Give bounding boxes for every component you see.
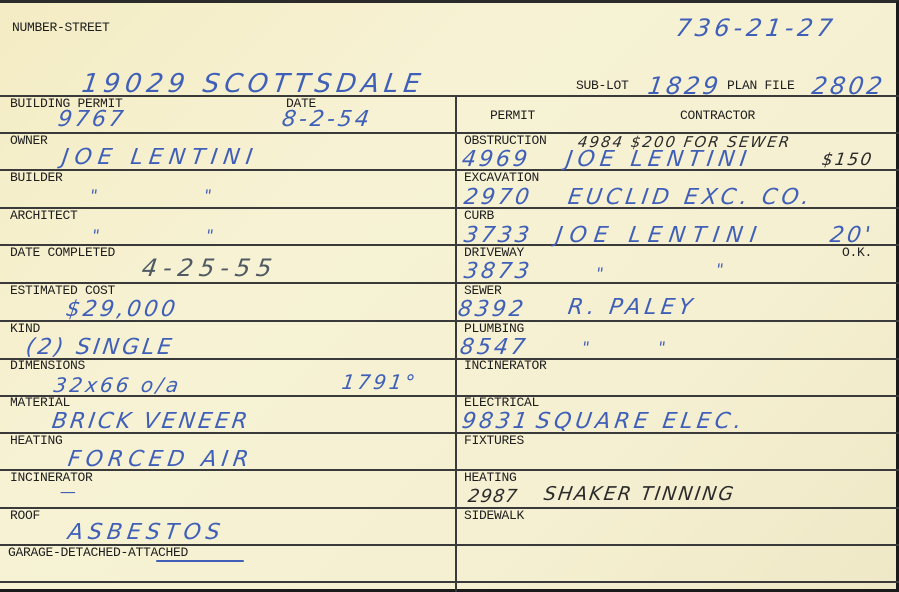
- obstruction-permit: 4969: [460, 149, 531, 171]
- driveway-label: DRIVEWAY: [464, 246, 524, 260]
- kind-label: KIND: [10, 322, 40, 336]
- plumbing-ditto-2: ": [656, 337, 669, 359]
- excavation-permit: 2970: [462, 187, 533, 209]
- electrical-permit: 9831: [460, 411, 531, 433]
- column-divider: [455, 95, 457, 589]
- builder-ditto-2: ": [202, 185, 215, 207]
- address-value: 19029 SCOTTSDALE: [80, 73, 426, 95]
- fixtures-label: FIXTURES: [464, 434, 524, 448]
- incinerator-value: —: [58, 481, 80, 503]
- date-completed-value: 4-25-55: [140, 257, 279, 279]
- date-value: 8-2-54: [280, 109, 373, 131]
- permit-card: NUMBER-STREET 736-21-27 19029 SCOTTSDALE…: [0, 0, 899, 589]
- plumbing-label: PLUMBING: [464, 322, 524, 336]
- permit-header: PERMIT: [490, 109, 535, 123]
- owner-value: JOE LENTINI: [60, 147, 259, 169]
- sewer-label: SEWER: [464, 284, 502, 298]
- curb-contractor: JOE LENTINI: [554, 225, 764, 247]
- builder-label: BUILDER: [10, 171, 63, 185]
- estimated-cost-label: ESTIMATED COST: [10, 284, 115, 298]
- sewer-permit: 8392: [456, 299, 527, 321]
- dimensions-area: 1791°: [340, 371, 419, 393]
- architect-label: ARCHITECT: [10, 209, 78, 223]
- rule-line: [0, 507, 899, 509]
- material-label: MATERIAL: [10, 396, 70, 410]
- owner-label: OWNER: [10, 134, 48, 148]
- dimensions-value: 32x66 o/a: [52, 374, 182, 396]
- excavation-contractor: EUCLID EXC. CO.: [566, 187, 814, 209]
- contractor-header: CONTRACTOR: [680, 109, 755, 123]
- garage-attached-underline: [156, 560, 244, 562]
- driveway-ditto-2: ": [714, 259, 727, 281]
- building-permit-value: 9767: [56, 109, 127, 131]
- material-value: BRICK VENEER: [50, 411, 251, 433]
- plumbing-permit: 8547: [458, 337, 529, 359]
- sidewalk-label: SIDEWALK: [464, 509, 524, 523]
- curb-permit: 3733: [462, 225, 533, 247]
- curb-amount: 20': [828, 225, 874, 247]
- driveway-status: O.K.: [842, 246, 872, 260]
- excavation-label: EXCAVATION: [464, 171, 539, 185]
- driveway-permit: 3873: [462, 261, 533, 283]
- incinerator-permit-label: INCINERATOR: [464, 359, 547, 373]
- heating-permit-label: HEATING: [464, 471, 517, 485]
- rule-line: [0, 244, 899, 246]
- obstruction-label: OBSTRUCTION: [464, 134, 547, 148]
- heating-permit: 2987: [466, 486, 519, 508]
- plan-file-label: PLAN FILE: [727, 79, 795, 93]
- roof-label: ROOF: [10, 509, 40, 523]
- estimated-cost-value: $29,000: [64, 299, 179, 321]
- heating-contractor: SHAKER TINNING: [542, 483, 736, 505]
- sub-lot-label: SUB-LOT: [576, 79, 629, 93]
- rule-line: [0, 282, 899, 284]
- file-number: 736-21-27: [674, 17, 837, 39]
- number-street-label: NUMBER-STREET: [12, 21, 110, 35]
- date-completed-label: DATE COMPLETED: [10, 246, 115, 260]
- heating-label: HEATING: [10, 434, 63, 448]
- plan-file-value: 2802: [810, 75, 886, 97]
- heating-value: FORCED AIR: [66, 449, 254, 471]
- plumbing-ditto-1: ": [580, 337, 593, 359]
- curb-label: CURB: [464, 209, 494, 223]
- obstruction-contractor: JOE LENTINI: [564, 149, 752, 171]
- roof-value: ASBESTOS: [66, 522, 226, 544]
- obstruction-amount: $150: [820, 149, 874, 171]
- electrical-contractor: SQUARE ELEC.: [534, 411, 746, 433]
- electrical-label: ELECTRICAL: [464, 396, 539, 410]
- dimensions-label: DIMENSIONS: [10, 359, 85, 373]
- sewer-contractor: R. PALEY: [566, 297, 697, 319]
- builder-ditto-1: ": [88, 185, 101, 207]
- sub-lot-value: 1829: [646, 75, 722, 97]
- kind-value: (2) SINGLE: [24, 337, 175, 359]
- rule-line: [0, 581, 899, 583]
- garage-label: GARAGE-DETACHED-ATTACHED: [8, 546, 188, 560]
